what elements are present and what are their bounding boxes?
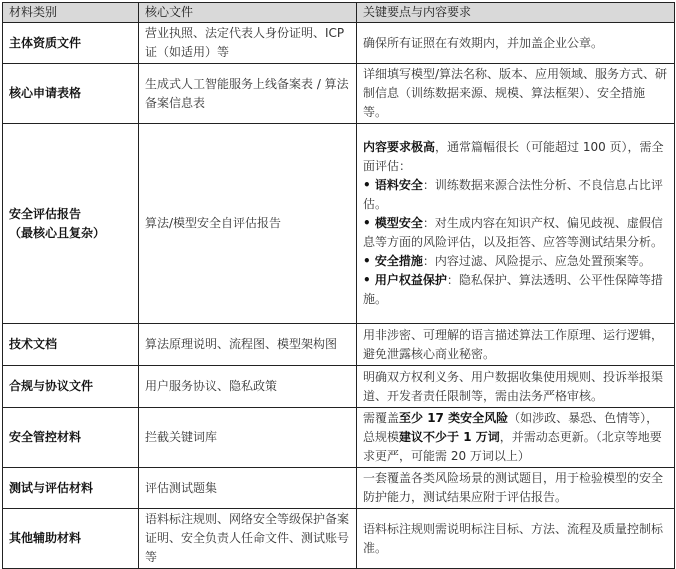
requirement-cell: 明确双方权利义务、用户数据收集使用规则、投诉举报渠道、开发者责任限制等，需由法务… — [357, 366, 675, 408]
req-text-part: 需覆盖 — [363, 411, 399, 425]
core-file-cell: 评估测试题集 — [139, 468, 357, 509]
bullet-item: 语料安全：训练数据来源合法性分析、不良信息占比评估。 — [363, 176, 668, 214]
req-emphasis-risk-count: 至少 17 类安全风险 — [399, 411, 508, 425]
core-file-cell: 用户服务协议、隐私政策 — [139, 366, 357, 408]
requirement-cell: 一套覆盖各类风险场景的测试题目，用于检验模型的安全防护能力，测试结果应附于评估报… — [357, 468, 675, 509]
table-header-row: 材料类别 核心文件 关键要点与内容要求 — [3, 3, 675, 23]
category-cell: 安全评估报告 （最核心且复杂） — [3, 124, 139, 324]
table-row: 其他辅助材料 语料标注规则、网络安全等级保护备案证明、安全负责人任命文件、测试账… — [3, 509, 675, 569]
category-cell: 核心申请表格 — [3, 64, 139, 124]
table-row: 技术文档 算法原理说明、流程图、模型架构图 用非涉密、可理解的语言描述算法工作原… — [3, 324, 675, 366]
core-file-cell: 算法/模型安全自评估报告 — [139, 124, 357, 324]
bullet-item: 用户权益保护：隐私保护、算法透明、公平性保障等措施。 — [363, 271, 668, 309]
bullet-label: 安全措施 — [375, 254, 423, 268]
header-core-file: 核心文件 — [139, 3, 357, 23]
table-row: 安全管控材料 拦截关键词库 需覆盖至少 17 类安全风险（如涉政、暴恐、色情等）… — [3, 408, 675, 468]
bullet-label: 用户权益保护 — [375, 273, 447, 287]
header-key-requirements: 关键要点与内容要求 — [357, 3, 675, 23]
category-cell: 安全管控材料 — [3, 408, 139, 468]
core-file-cell: 营业执照、法定代表人身份证明、ICP 证（如适用）等 — [139, 23, 357, 64]
table-row: 安全评估报告 （最核心且复杂） 算法/模型安全自评估报告 内容要求极高，通常篇幅… — [3, 124, 675, 324]
core-file-cell: 拦截关键词库 — [139, 408, 357, 468]
req-emphasis-word-count: 建议不少于 1 万词 — [399, 430, 500, 444]
header-category: 材料类别 — [3, 3, 139, 23]
requirement-intro: 内容要求极高，通常篇幅很长（可能超过 100 页），需全面评估： — [363, 138, 668, 176]
category-cell: 技术文档 — [3, 324, 139, 366]
table-row: 测试与评估材料 评估测试题集 一套覆盖各类风险场景的测试题目，用于检验模型的安全… — [3, 468, 675, 509]
requirement-cell: 语料标注规则需说明标注目标、方法、流程及质量控制标准。 — [357, 509, 675, 569]
table-row: 合规与协议文件 用户服务协议、隐私政策 明确双方权利义务、用户数据收集使用规则、… — [3, 366, 675, 408]
category-cell: 合规与协议文件 — [3, 366, 139, 408]
document-page: 材料类别 核心文件 关键要点与内容要求 主体资质文件 营业执照、法定代表人身份证… — [2, 2, 675, 569]
materials-requirements-table: 材料类别 核心文件 关键要点与内容要求 主体资质文件 营业执照、法定代表人身份证… — [2, 2, 675, 569]
bullet-item: 模型安全：对生成内容在知识产权、偏见歧视、虚假信息等方面的风险评估，以及拒答、应… — [363, 214, 668, 252]
requirement-cell: 详细填写模型/算法名称、版本、应用领域、服务方式、研制信息（训练数据来源、规模、… — [357, 64, 675, 124]
core-file-cell: 生成式人工智能服务上线备案表 / 算法备案信息表 — [139, 64, 357, 124]
bullet-text: ：内容过滤、风险提示、应急处置预案等。 — [423, 254, 651, 268]
category-cell: 测试与评估材料 — [3, 468, 139, 509]
bullet-item: 安全措施：内容过滤、风险提示、应急处置预案等。 — [363, 252, 668, 271]
table-row: 主体资质文件 营业执照、法定代表人身份证明、ICP 证（如适用）等 确保所有证照… — [3, 23, 675, 64]
requirement-cell: 内容要求极高，通常篇幅很长（可能超过 100 页），需全面评估： 语料安全：训练… — [357, 124, 675, 324]
bullet-label: 模型安全 — [375, 216, 423, 230]
requirement-cell: 用非涉密、可理解的语言描述算法工作原理、运行逻辑，避免泄露核心商业秘密。 — [357, 324, 675, 366]
requirement-cell: 确保所有证照在有效期内，并加盖企业公章。 — [357, 23, 675, 64]
core-file-cell: 算法原理说明、流程图、模型架构图 — [139, 324, 357, 366]
category-subtitle: （最核心且复杂） — [9, 224, 132, 243]
core-file-cell: 语料标注规则、网络安全等级保护备案证明、安全负责人任命文件、测试账号等 — [139, 509, 357, 569]
category-cell: 主体资质文件 — [3, 23, 139, 64]
category-title: 安全评估报告 — [9, 205, 132, 224]
requirement-cell: 需覆盖至少 17 类安全风险（如涉政、暴恐、色情等），总规模建议不少于 1 万词… — [357, 408, 675, 468]
bullet-label: 语料安全 — [375, 178, 423, 192]
requirement-intro-emphasis: 内容要求极高 — [363, 140, 435, 154]
table-row: 核心申请表格 生成式人工智能服务上线备案表 / 算法备案信息表 详细填写模型/算… — [3, 64, 675, 124]
category-cell: 其他辅助材料 — [3, 509, 139, 569]
